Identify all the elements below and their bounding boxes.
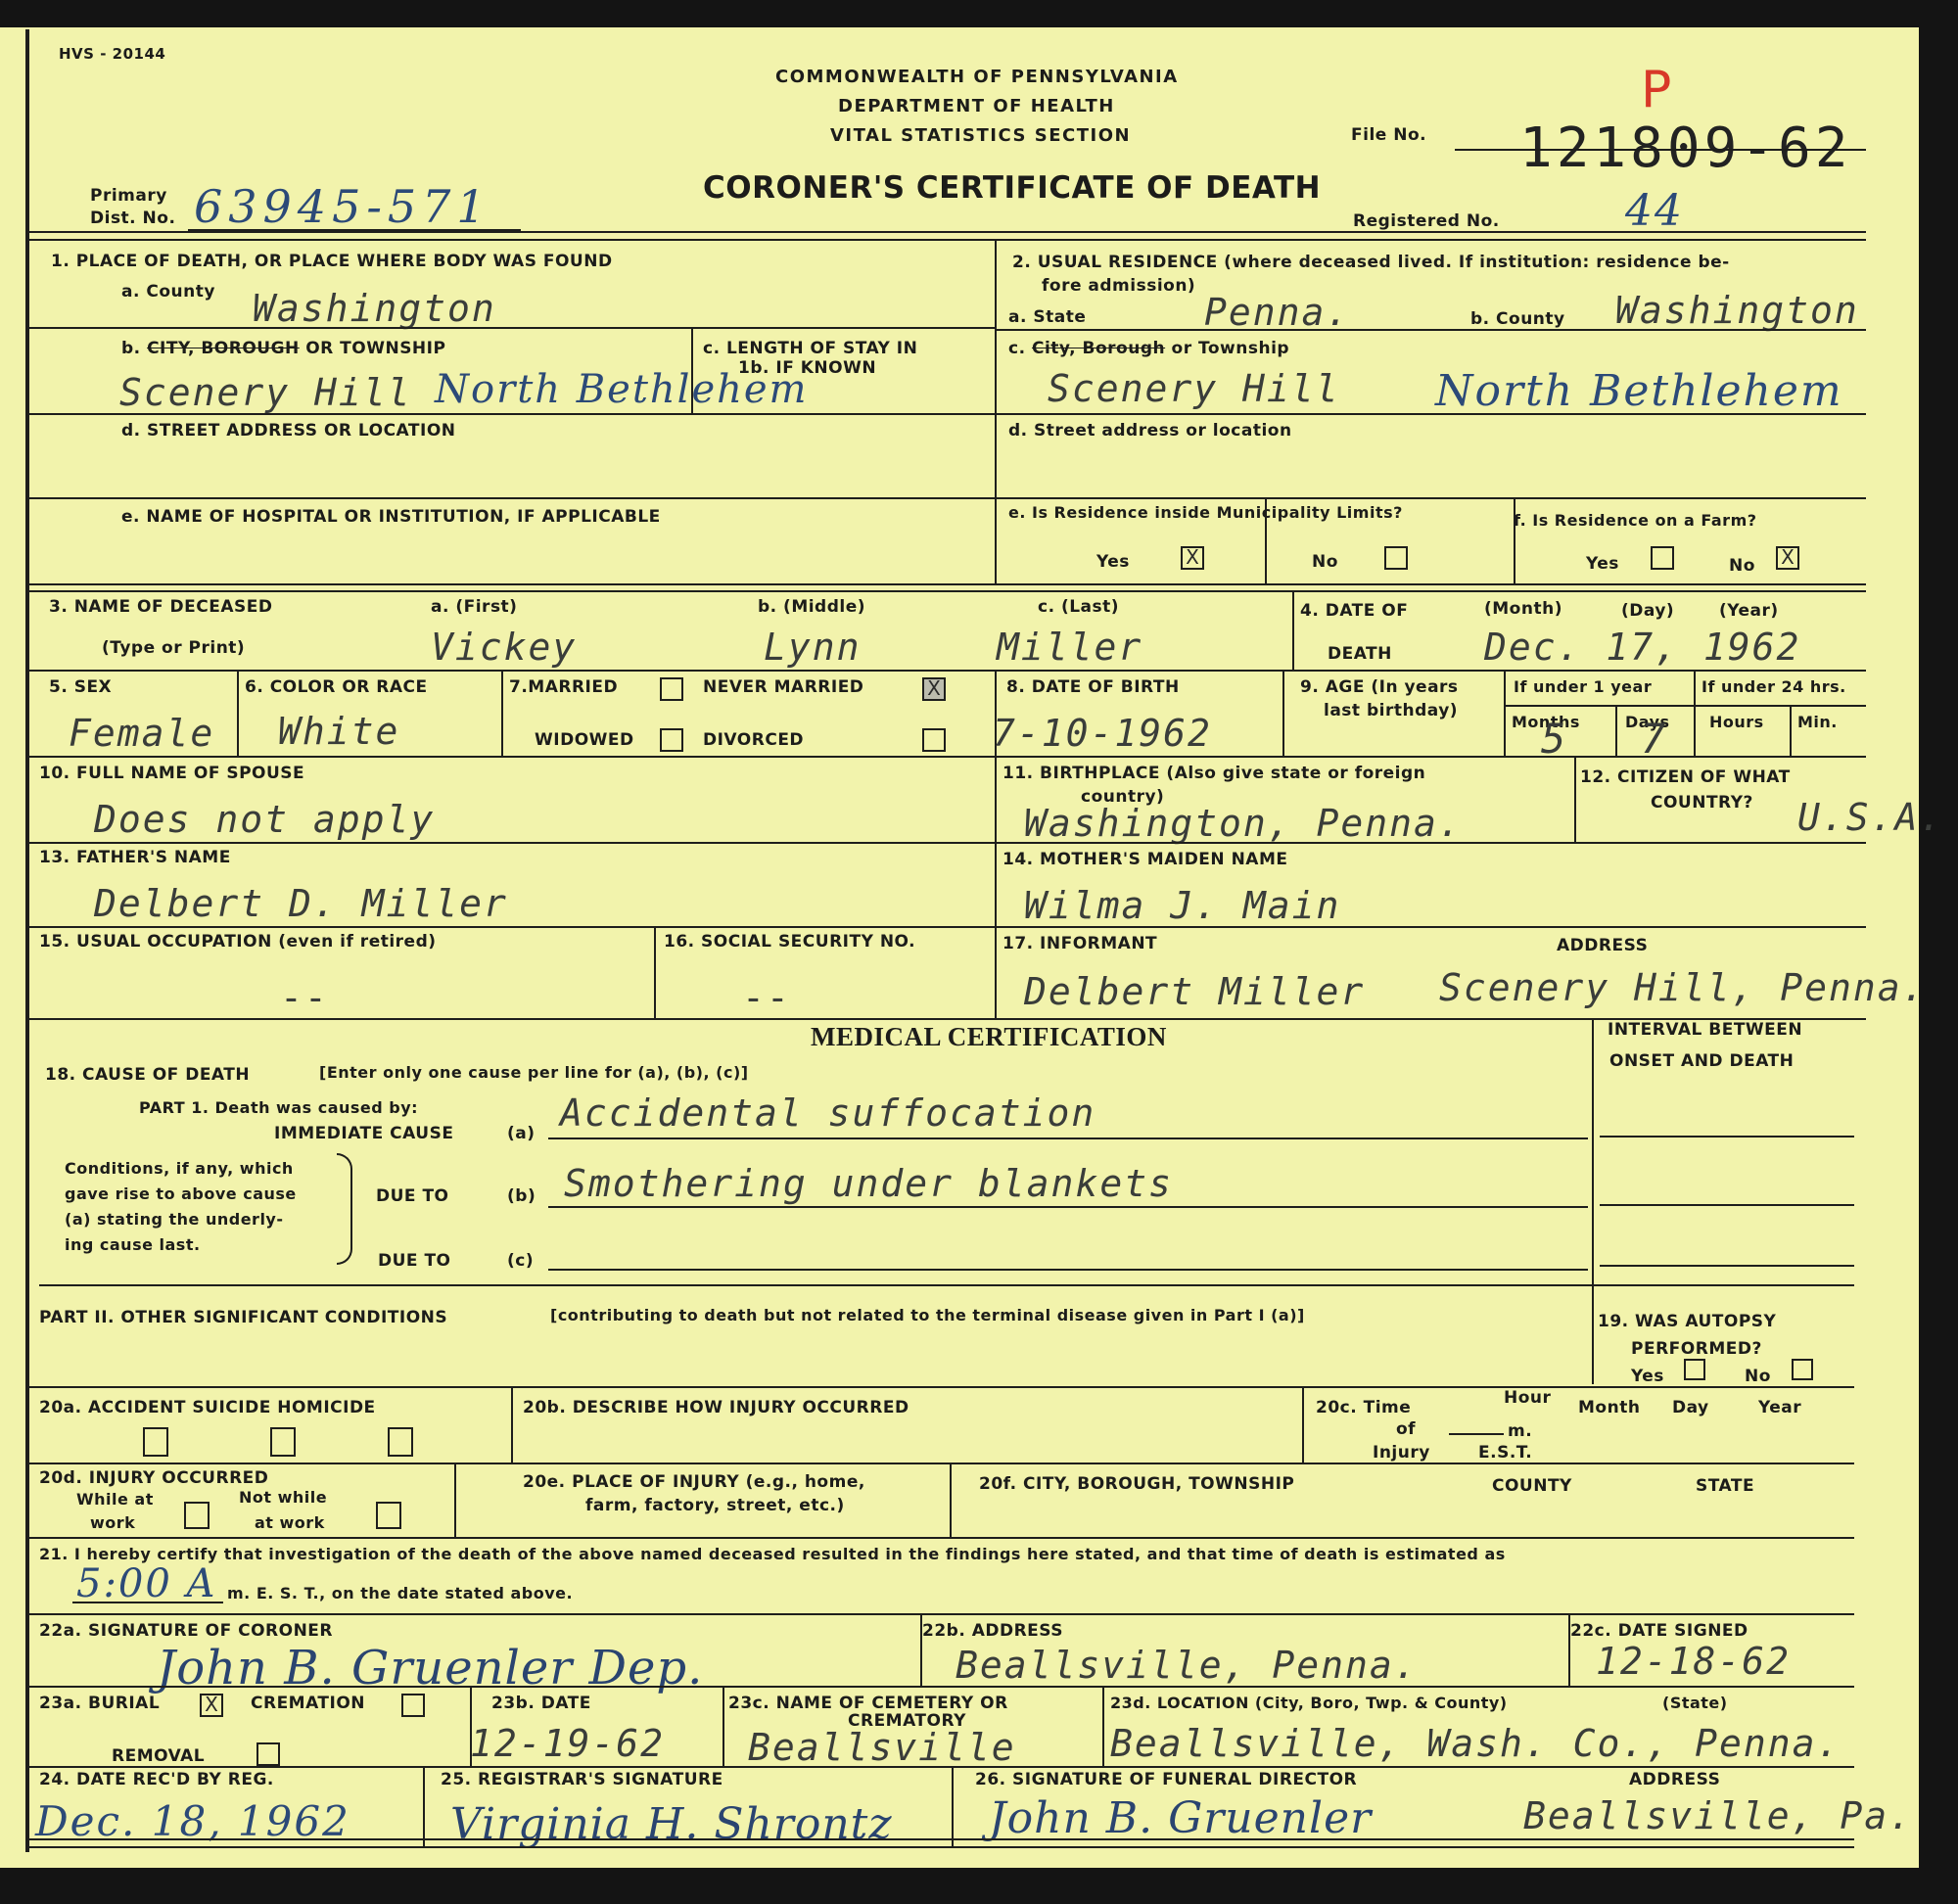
father-label: 13. FATHER'S NAME bbox=[39, 848, 231, 867]
spouse[interactable]: Does not apply bbox=[94, 801, 435, 838]
dod-day-label: (Day) bbox=[1621, 601, 1674, 621]
burial-checkbox[interactable]: X bbox=[200, 1694, 223, 1717]
date-of-death-label-2: DEATH bbox=[1328, 644, 1392, 664]
conditions-text-2: gave rise to above cause bbox=[65, 1184, 297, 1203]
divider bbox=[691, 327, 693, 415]
bottom-rule bbox=[25, 1838, 1854, 1840]
interval-label-1: INTERVAL BETWEEN bbox=[1608, 1020, 1802, 1040]
hospital-label: e. NAME OF HOSPITAL OR INSTITUTION, IF A… bbox=[121, 507, 661, 527]
divider bbox=[1292, 590, 1294, 671]
inside-limits-yes-checkbox[interactable]: X bbox=[1181, 546, 1204, 570]
coroner-signature-label: 22a. SIGNATURE OF CORONER bbox=[39, 1621, 333, 1641]
occupation-label: 15. USUAL OCCUPATION (even if retired) bbox=[39, 932, 437, 952]
month-label: Month bbox=[1578, 1398, 1640, 1417]
part2-label: PART II. OTHER SIGNIFICANT CONDITIONS bbox=[39, 1308, 447, 1327]
married-checkbox[interactable] bbox=[660, 677, 683, 701]
funeral-address[interactable]: Beallsville, Pa. bbox=[1523, 1797, 1913, 1834]
time-of-injury-label-2: of bbox=[1396, 1419, 1416, 1439]
year-label: Year bbox=[1758, 1398, 1801, 1417]
occupation[interactable]: -- bbox=[280, 979, 329, 1016]
cremation-label: CREMATION bbox=[251, 1694, 365, 1713]
agency-line-1: COMMONWEALTH OF PENNSYLVANIA bbox=[775, 67, 1179, 87]
date-of-birth[interactable]: 7-10-1962 bbox=[993, 715, 1212, 752]
bracket bbox=[337, 1153, 352, 1265]
date-signed-label: 22c. DATE SIGNED bbox=[1570, 1621, 1748, 1641]
registrar-signature-label: 25. REGISTRAR'S SIGNATURE bbox=[441, 1770, 723, 1789]
divider bbox=[1102, 1686, 1104, 1768]
row-line bbox=[25, 497, 995, 499]
funeral-director-signature[interactable]: John B. Gruenler bbox=[989, 1797, 1372, 1840]
citizen-label-1: 12. CITIZEN OF WHAT bbox=[1580, 767, 1791, 787]
name-of-deceased-label: 3. NAME OF DECEASED bbox=[49, 597, 272, 617]
coroner-address-label: 22b. ADDRESS bbox=[922, 1621, 1063, 1641]
m-label: m. bbox=[1508, 1421, 1532, 1441]
removal-label: REMOVAL bbox=[112, 1746, 205, 1766]
place-of-injury-label-1: 20e. PLACE OF INJURY (e.g., home, bbox=[523, 1472, 865, 1492]
cemetery[interactable]: Beallsville bbox=[748, 1729, 1016, 1766]
at-work-label-2: work bbox=[90, 1513, 135, 1532]
usual-residence-label-1: 2. USUAL RESIDENCE (where deceased lived… bbox=[1012, 253, 1730, 272]
place-of-death-label: 1. PLACE OF DEATH, OR PLACE WHERE BODY W… bbox=[51, 252, 613, 271]
min-label: Min. bbox=[1797, 713, 1838, 731]
not-at-work-label-1: Not while bbox=[239, 1488, 327, 1507]
mother[interactable]: Wilma J. Main bbox=[1024, 887, 1340, 924]
divider bbox=[1615, 705, 1617, 758]
row-line bbox=[995, 329, 1866, 331]
row-line bbox=[25, 413, 995, 415]
removal-checkbox[interactable] bbox=[256, 1742, 280, 1766]
usual-residence-label-2: fore admission) bbox=[1042, 276, 1195, 296]
divider bbox=[454, 1463, 456, 1539]
divider bbox=[723, 1686, 724, 1768]
divorced-label: DIVORCED bbox=[703, 730, 804, 750]
line-c-label: (c) bbox=[507, 1251, 534, 1271]
under-24-hrs-label: If under 24 hrs. bbox=[1702, 677, 1846, 696]
months[interactable]: 5 bbox=[1541, 719, 1567, 760]
at-work-label-1: While at bbox=[76, 1490, 154, 1509]
row-line bbox=[25, 1537, 1854, 1539]
divider bbox=[995, 756, 997, 844]
part1-label: PART 1. Death was caused by: bbox=[139, 1098, 418, 1117]
birthplace[interactable]: Washington, Penna. bbox=[1024, 805, 1463, 842]
residence-state[interactable]: Penna. bbox=[1204, 294, 1350, 331]
time-of-injury-label-3: Injury bbox=[1373, 1443, 1430, 1463]
funeral-director-label: 26. SIGNATURE OF FUNERAL DIRECTOR bbox=[975, 1770, 1357, 1789]
primary-dist-label-1: Primary bbox=[90, 186, 167, 206]
divider bbox=[995, 842, 997, 926]
divorced-checkbox[interactable] bbox=[922, 728, 946, 752]
injury-type-label: 20a. ACCIDENT SUICIDE HOMICIDE bbox=[39, 1398, 376, 1417]
birthplace-label-1: 11. BIRTHPLACE (Also give state or forei… bbox=[1002, 764, 1425, 783]
cause-a-line bbox=[548, 1138, 1588, 1139]
citizen[interactable]: U.S.A. bbox=[1797, 799, 1943, 836]
inside-limits-no-label: No bbox=[1312, 552, 1338, 572]
homicide-checkbox[interactable] bbox=[388, 1427, 413, 1457]
informant-address-label: ADDRESS bbox=[1557, 936, 1648, 955]
suicide-checkbox[interactable] bbox=[270, 1427, 296, 1457]
last-name-label: c. (Last) bbox=[1038, 597, 1119, 617]
residence-city[interactable]: Scenery Hill bbox=[1048, 370, 1340, 407]
immediate-cause-label: IMMEDIATE CAUSE bbox=[274, 1124, 453, 1143]
conditions-text-4: ing cause last. bbox=[65, 1235, 201, 1254]
cause-b[interactable]: Smothering under blankets bbox=[564, 1165, 1173, 1202]
date-of-death-label-1: 4. DATE OF bbox=[1300, 601, 1408, 621]
hours-label: Hours bbox=[1709, 713, 1764, 731]
autopsy-yes-label: Yes bbox=[1631, 1367, 1664, 1386]
agency-line-2: DEPARTMENT OF HEALTH bbox=[838, 96, 1115, 116]
residence-state-label: a. State bbox=[1008, 307, 1086, 327]
row-line bbox=[25, 670, 1866, 672]
divider bbox=[423, 1766, 425, 1846]
interval-c-line bbox=[1600, 1265, 1854, 1267]
widowed-checkbox[interactable] bbox=[660, 728, 683, 752]
date-of-birth-label: 8. DATE OF BIRTH bbox=[1006, 677, 1180, 697]
first-name[interactable]: Vickey bbox=[431, 628, 577, 666]
race-label: 6. COLOR OR RACE bbox=[245, 677, 428, 697]
header-rule-2 bbox=[25, 239, 1866, 241]
inside-limits-no-checkbox[interactable] bbox=[1384, 546, 1408, 570]
file-mark-p: P bbox=[1641, 61, 1671, 119]
widowed-label: WIDOWED bbox=[535, 730, 634, 750]
autopsy-label-2: PERFORMED? bbox=[1631, 1339, 1762, 1359]
due-to-c-label: DUE TO bbox=[378, 1251, 451, 1271]
divider bbox=[950, 1463, 952, 1539]
at-work-checkbox[interactable] bbox=[184, 1502, 210, 1529]
agency-line-3: VITAL STATISTICS SECTION bbox=[830, 125, 1131, 146]
street-of-death-label: d. STREET ADDRESS OR LOCATION bbox=[121, 421, 456, 441]
cause-b-line bbox=[548, 1206, 1588, 1208]
medical-certification-heading: MEDICAL CERTIFICATION bbox=[811, 1022, 1167, 1052]
divider bbox=[1514, 497, 1515, 585]
interval-a-line bbox=[1600, 1136, 1854, 1138]
date-signed[interactable]: 12-18-62 bbox=[1596, 1643, 1791, 1680]
line-b-label: (b) bbox=[507, 1186, 536, 1206]
county-of-death[interactable]: Washington bbox=[253, 290, 496, 327]
not-at-work-label-2: at work bbox=[255, 1513, 325, 1532]
time-of-death[interactable]: 5:00 A bbox=[76, 1564, 216, 1603]
citizen-label-2: COUNTRY? bbox=[1651, 793, 1753, 813]
time-suffix: m. E. S. T., on the date stated above. bbox=[227, 1584, 573, 1602]
disposition-date[interactable]: 12-19-62 bbox=[470, 1725, 665, 1762]
farm-yes-checkbox[interactable] bbox=[1651, 546, 1674, 570]
primary-dist-no[interactable]: 63945-571 bbox=[194, 184, 491, 229]
conditions-text-3: (a) stating the underly- bbox=[65, 1210, 284, 1229]
farm-yes-label: Yes bbox=[1586, 554, 1619, 574]
interval-label-2: ONSET AND DEATH bbox=[1609, 1051, 1794, 1071]
date-received[interactable]: Dec. 18, 1962 bbox=[35, 1801, 350, 1842]
disposition-date-label: 23b. DATE bbox=[491, 1694, 591, 1713]
divider bbox=[1694, 670, 1696, 758]
farm-no-label: No bbox=[1729, 556, 1755, 576]
section-rule bbox=[25, 583, 1866, 585]
cause-of-death-label: 18. CAUSE OF DEATH bbox=[45, 1065, 250, 1085]
accident-checkbox[interactable] bbox=[143, 1427, 168, 1457]
middle-name-label: b. (Middle) bbox=[758, 597, 865, 617]
injury-state-label: STATE bbox=[1696, 1476, 1754, 1496]
coroner-signature[interactable]: John B. Gruenler Dep. bbox=[157, 1645, 703, 1692]
divider bbox=[501, 670, 503, 758]
divider bbox=[1790, 705, 1792, 758]
registered-no-label: Registered No. bbox=[1353, 211, 1500, 231]
autopsy-no-label: No bbox=[1745, 1367, 1771, 1386]
residence-county-label: b. County bbox=[1470, 309, 1565, 329]
page-title: CORONER'S CERTIFICATE OF DEATH bbox=[703, 170, 1321, 206]
row-line bbox=[25, 1686, 1854, 1688]
divider bbox=[1265, 497, 1267, 585]
residence-city-label: c. City, Borough or Township bbox=[1008, 339, 1289, 358]
hour-line bbox=[1449, 1433, 1504, 1435]
ssn[interactable]: -- bbox=[742, 979, 791, 1016]
cause-a[interactable]: Accidental suffocation bbox=[560, 1094, 1096, 1132]
not-at-work-checkbox[interactable] bbox=[376, 1502, 401, 1529]
row-line bbox=[995, 497, 1866, 499]
sex[interactable]: Female bbox=[69, 715, 214, 752]
date-received-label: 24. DATE REC'D BY REG. bbox=[39, 1770, 274, 1789]
row-line bbox=[25, 756, 1866, 758]
injury-county-label: COUNTY bbox=[1492, 1476, 1572, 1496]
coroner-address[interactable]: Beallsville, Penna. bbox=[956, 1647, 1419, 1684]
divider bbox=[1282, 670, 1284, 758]
age-subline bbox=[1504, 705, 1866, 707]
residence-county[interactable]: Washington bbox=[1615, 292, 1859, 329]
never-married-label: NEVER MARRIED bbox=[703, 677, 863, 697]
city-of-death-label: b. CITY, BOROUGH OR TOWNSHIP bbox=[121, 339, 445, 358]
days[interactable]: 7 bbox=[1641, 719, 1667, 760]
day-label: Day bbox=[1672, 1398, 1709, 1417]
row-line bbox=[25, 1018, 1866, 1020]
line-a-label: (a) bbox=[507, 1124, 536, 1143]
location-state-label: (State) bbox=[1662, 1694, 1728, 1712]
informant-label: 17. INFORMANT bbox=[1002, 934, 1157, 953]
row-line bbox=[25, 842, 1866, 844]
coroners-certificate-of-death: HVS - 20144 COMMONWEALTH OF PENNSYLVANIA… bbox=[0, 0, 1958, 1904]
informant[interactable]: Delbert Miller bbox=[1024, 973, 1365, 1010]
autopsy-no-checkbox[interactable] bbox=[1792, 1359, 1813, 1380]
row-line bbox=[25, 327, 995, 329]
row-line bbox=[25, 1386, 1854, 1388]
divider bbox=[237, 670, 239, 758]
form-code: HVS - 20144 bbox=[59, 45, 165, 63]
cremation-checkbox[interactable] bbox=[401, 1694, 425, 1717]
residence-street-label: d. Street address or location bbox=[1008, 421, 1292, 441]
divider bbox=[1574, 756, 1576, 844]
mother-label: 14. MOTHER'S MAIDEN NAME bbox=[1002, 850, 1287, 869]
length-of-stay-label-1: c. LENGTH OF STAY IN bbox=[703, 339, 917, 358]
under-1-year-label: If under 1 year bbox=[1514, 677, 1652, 696]
spouse-label: 10. FULL NAME OF SPOUSE bbox=[39, 764, 304, 783]
injury-city-label: 20f. CITY, BOROUGH, TOWNSHIP bbox=[979, 1474, 1294, 1494]
dod-year-label: (Year) bbox=[1719, 601, 1779, 621]
row-line bbox=[39, 1284, 1854, 1286]
married-label: 7.MARRIED bbox=[509, 677, 618, 697]
conditions-text-1: Conditions, if any, which bbox=[65, 1159, 294, 1178]
autopsy-label-1: 19. WAS AUTOPSY bbox=[1598, 1312, 1776, 1331]
part2-instruction: [contributing to death but not related t… bbox=[550, 1306, 1305, 1324]
row-line bbox=[25, 1463, 1854, 1464]
section-rule-2 bbox=[25, 590, 1866, 592]
left-border bbox=[25, 29, 29, 1852]
age-label-1: 9. AGE (In years bbox=[1300, 677, 1459, 697]
date-of-death[interactable]: Dec. 17, 1962 bbox=[1484, 628, 1800, 666]
funeral-address-label: ADDRESS bbox=[1629, 1770, 1720, 1789]
est-label: E.S.T. bbox=[1478, 1443, 1532, 1463]
autopsy-yes-checkbox[interactable] bbox=[1684, 1359, 1705, 1380]
cause-c-line bbox=[548, 1269, 1588, 1271]
divider bbox=[1302, 1386, 1304, 1464]
sex-label: 5. SEX bbox=[49, 677, 112, 697]
place-of-injury-label-2: farm, factory, street, etc.) bbox=[585, 1496, 845, 1515]
certification-statement: 21. I hereby certify that investigation … bbox=[39, 1545, 1506, 1563]
file-no-label: File No. bbox=[1351, 125, 1426, 145]
residence-city-addition[interactable]: North Bethlehem bbox=[1435, 370, 1843, 413]
row-line bbox=[25, 1766, 1854, 1768]
middle-name[interactable]: Lynn bbox=[764, 628, 862, 666]
hour-label: Hour bbox=[1504, 1388, 1551, 1408]
divider bbox=[511, 1386, 513, 1464]
never-married-checkbox[interactable]: X bbox=[922, 677, 946, 701]
divider bbox=[952, 1766, 954, 1846]
city-of-death[interactable]: Scenery Hill bbox=[119, 374, 412, 411]
ssn-label: 16. SOCIAL SECURITY NO. bbox=[664, 932, 915, 952]
inside-limits-yes-label: Yes bbox=[1096, 552, 1130, 572]
farm-no-checkbox[interactable]: X bbox=[1776, 546, 1799, 570]
divider bbox=[1504, 670, 1506, 758]
row-line bbox=[25, 1613, 1854, 1615]
header-rule bbox=[25, 231, 1866, 233]
father[interactable]: Delbert D. Miller bbox=[94, 885, 508, 922]
county-of-death-label: a. County bbox=[121, 282, 215, 302]
location-label: 23d. LOCATION (City, Boro, Twp. & County… bbox=[1110, 1694, 1508, 1712]
dod-month-label: (Month) bbox=[1484, 599, 1562, 619]
row-line bbox=[995, 413, 1866, 415]
cause-instruction: [Enter only one cause per line for (a), … bbox=[319, 1063, 749, 1082]
describe-injury-label: 20b. DESCRIBE HOW INJURY OCCURRED bbox=[523, 1398, 909, 1417]
length-of-stay-label-2: 1b. IF KNOWN bbox=[738, 358, 876, 378]
due-to-b-label: DUE TO bbox=[376, 1186, 449, 1206]
time-line bbox=[72, 1602, 223, 1603]
type-or-print-label: (Type or Print) bbox=[102, 638, 245, 658]
burial-label: 23a. BURIAL bbox=[39, 1694, 160, 1713]
location[interactable]: Beallsville, Wash. Co., Penna. bbox=[1110, 1725, 1841, 1762]
row-line bbox=[25, 926, 1866, 928]
file-no-line bbox=[1455, 149, 1866, 151]
injury-occurred-label: 20d. INJURY OCCURRED bbox=[39, 1468, 268, 1488]
farm-label: f. Is Residence on a Farm? bbox=[1514, 511, 1757, 530]
race[interactable]: White bbox=[278, 713, 399, 750]
divider bbox=[995, 926, 997, 1018]
informant-address[interactable]: Scenery Hill, Penna. bbox=[1439, 969, 1927, 1006]
first-name-label: a. (First) bbox=[431, 597, 517, 617]
registered-no[interactable]: 44 bbox=[1625, 190, 1684, 233]
divider bbox=[654, 926, 656, 1018]
age-label-2: last birthday) bbox=[1324, 701, 1458, 720]
primary-dist-label-2: Dist. No. bbox=[90, 209, 175, 228]
bottom-rule-2 bbox=[25, 1846, 1854, 1848]
last-name[interactable]: Miller bbox=[997, 628, 1142, 666]
inside-limits-label: e. Is Residence inside Municipality Limi… bbox=[1008, 503, 1403, 522]
time-of-injury-label-1: 20c. Time bbox=[1316, 1398, 1411, 1417]
interval-b-line bbox=[1600, 1204, 1854, 1206]
divider bbox=[1592, 1018, 1594, 1384]
